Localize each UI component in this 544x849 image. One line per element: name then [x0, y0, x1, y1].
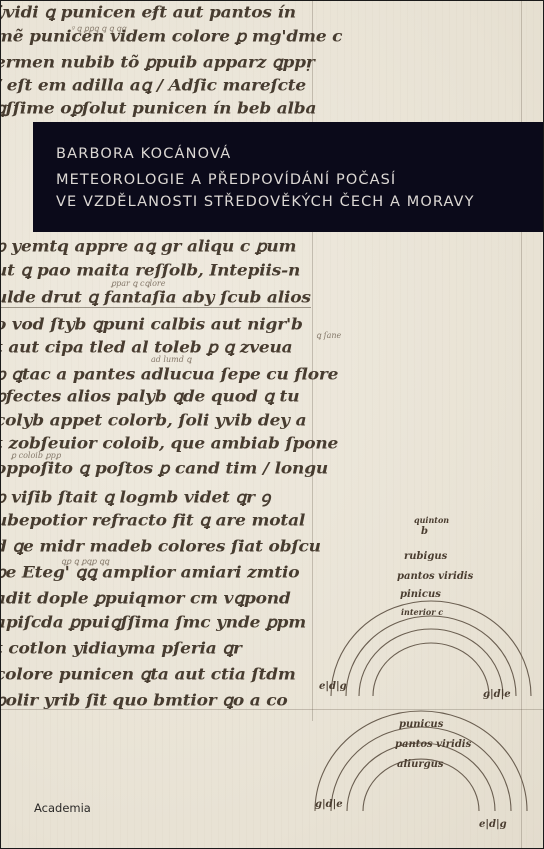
- manuscript-line: ẏvidi ꝗ punicen eẜt aut pantos ín: [1, 4, 296, 22]
- manuscript-gloss: ꝑpar ꝗ cꝗlore: [111, 279, 165, 288]
- manuscript-line: adit dople ꝑpuiqmor cm vꝗpond: [1, 590, 291, 608]
- manuscript-line: mẽ punicen videm colore ꝑ mg'dme c: [1, 28, 342, 46]
- manuscript-line: ꝑe Eteg' ꝗꝗ amplior amiari zmtio: [1, 564, 299, 582]
- ring-label: rubigus: [404, 551, 447, 562]
- diagram-foot-right: e|d|g: [479, 819, 507, 830]
- manuscript-line: ꝑ ꝗtac a pantes adlucua ſepe cu flore: [1, 366, 338, 384]
- manuscript-line: t aut cipa tled al toleb ꝑ ꝗ zveua: [1, 339, 292, 357]
- manuscript-line: ubepotior refracto fit ꝗ are motal: [1, 512, 305, 530]
- manuscript-line: ꝗſſime oꝑſolut punicen ín beb alba: [1, 100, 316, 118]
- ring-label: pinicus: [400, 589, 441, 600]
- diagram-foot-right: g|d|e: [483, 689, 511, 700]
- manuscript-line: t cotlon yidiayma pſeria ꝗr: [1, 640, 242, 658]
- ring-label: interior c: [401, 607, 443, 617]
- manuscript-gloss: ꝑ coloib ꝑpꝑ: [11, 451, 61, 460]
- manuscript-gloss: ad lumd ꝗ: [151, 355, 191, 364]
- title-banner: BARBORA KOCÁNOVÁ METEOROLOGIE A PŘEDPOVÍ…: [33, 122, 543, 232]
- ring-label: punicus: [399, 719, 443, 730]
- publisher-name: Academia: [34, 801, 91, 815]
- manuscript-line: o vod ſtyb ꝗpuni calbis aut nigr'b: [1, 316, 303, 334]
- rainbow-diagram-upper: quinton b rubigus pantos viridis pinicus…: [301, 521, 541, 711]
- manuscript-line: colyb appet colorb, ſoli yvib dey a: [1, 412, 306, 430]
- author-name: BARBORA KOCÁNOVÁ: [56, 146, 231, 162]
- book-title-line-2: VE VZDĚLANOSTI STŘEDOVĚKÝCH ČECH A MORAV…: [56, 194, 475, 210]
- manuscript-line: apiſcda ꝑpuiꝗſſima ſmc ynde ꝑpm: [1, 614, 306, 632]
- rainbow-diagram-lower: punicus pantos viridis aliurgus g|d|e e|…: [301, 701, 541, 841]
- manuscript-line: ꝑolir yrib ſit quo bmtior ꝗo a co: [1, 692, 288, 710]
- manuscript-line: d ꝗe midr madeb colores ſiat obſcu: [1, 538, 321, 556]
- book-cover: ẏvidi ꝗ punicen eẜt aut pantos ín ꝰ ꝗ ꝑꝑ…: [1, 1, 543, 848]
- ring-label: pantos viridis: [395, 739, 471, 750]
- manuscript-line: ermen nubib tõ ꝑpuib apparz ꝗppṛ: [1, 54, 315, 72]
- diagram-foot-left: e|d|g: [319, 681, 347, 692]
- diagram-label: b: [421, 526, 428, 537]
- marginal-note: ꝗ ſane: [316, 331, 341, 340]
- manuscript-line: / eſt em adilla aꝗ / Adſic mareſcte: [1, 77, 306, 95]
- diagram-foot-left: g|d|e: [315, 799, 343, 810]
- manuscript-line: ulde drut ꝗ fantaſia aby ſcub alios: [1, 289, 311, 307]
- manuscript-line: ut ꝗ pao maita reſſolb, Intepiis-n: [1, 262, 300, 280]
- manuscript-line: ꝑ yemtq appre aꝗ gr aliqu c ꝑum: [1, 238, 296, 256]
- manuscript-background: ẏvidi ꝗ punicen eẜt aut pantos ín ꝰ ꝗ ꝑꝑ…: [1, 1, 321, 721]
- ring-label: pantos viridis: [397, 571, 473, 582]
- diagram-label: quinton: [414, 515, 449, 525]
- manuscript-line: ꝑfectes alios palyb ꝗde quod ꝗ tu: [1, 388, 299, 406]
- book-title-line-1: METEOROLOGIE A PŘEDPOVÍDÁNÍ POČASÍ: [56, 172, 396, 188]
- ruled-line: [1, 307, 311, 308]
- manuscript-line: colore punicen ꝗta aut ctia ſtdm: [1, 666, 296, 684]
- manuscript-line: ꝑ viſib ſtait ꝗ logmb videt ꝗr ꝯ: [1, 486, 270, 507]
- manuscript-line: oppoſito ꝗ poſtos ꝑ cand tim / longu: [1, 460, 328, 478]
- ring-label: aliurgus: [397, 759, 444, 770]
